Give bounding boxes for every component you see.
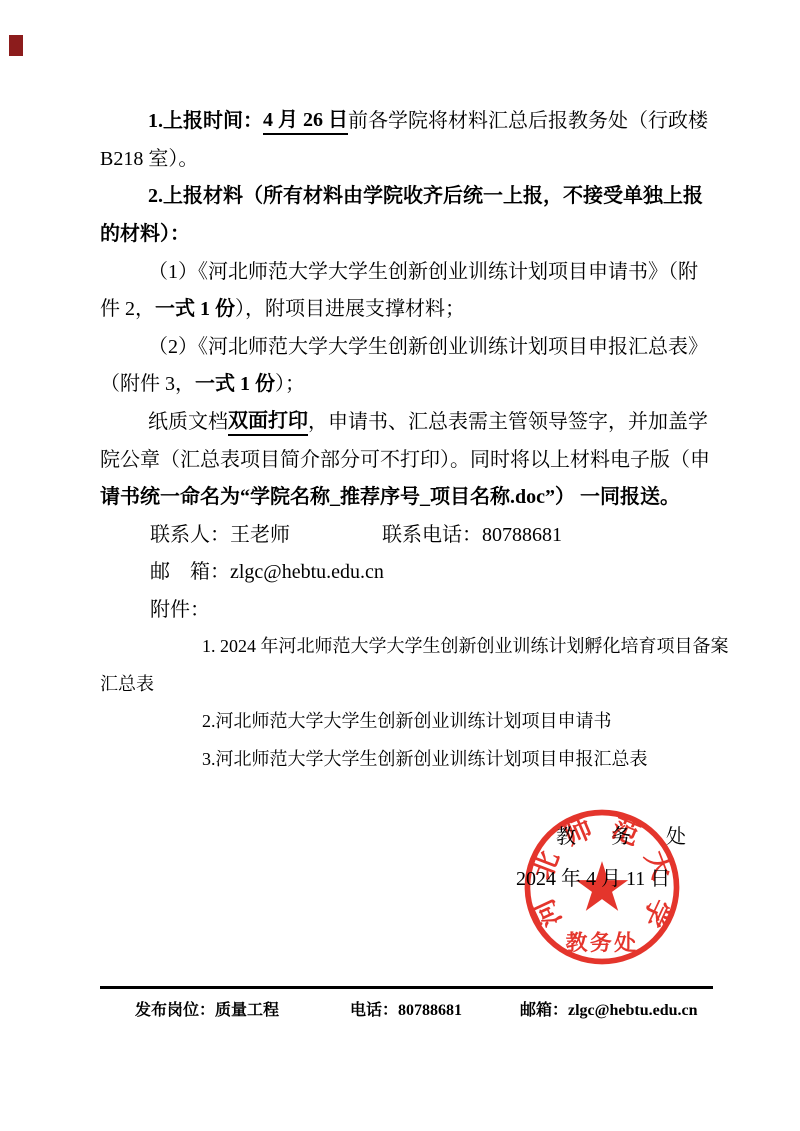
text-segment: （附件 3， — [100, 367, 195, 396]
text-line: 院公章（汇总表项目简介部分可不打印）。同时将以上材料电子版（申 — [100, 438, 715, 476]
footer-publisher: 发布岗位：质量工程 — [135, 997, 279, 1020]
text-segment: 联系人：王老师 — [150, 518, 290, 547]
text-segment: 的材料）： — [100, 217, 190, 246]
seal-office-label: 教务处 — [566, 930, 639, 955]
text-segment: 双面打印 — [228, 404, 308, 436]
text-line: 3.河北师范大学大学生创新创业训练计划项目申报汇总表 — [100, 739, 715, 777]
text-segment: ），附项目进展支撑材料； — [235, 292, 465, 321]
text-line: （附件 3，一式 1 份）； — [100, 363, 715, 401]
text-segment: 4 月 26 日 — [263, 103, 348, 135]
text-segment: 一式 1 份 — [195, 367, 275, 396]
text-line: 附件： — [100, 589, 715, 627]
corner-mark — [9, 35, 23, 56]
seal-char: 河 — [527, 893, 567, 931]
text-segment: 邮 箱：zlgc@hebtu.edu.cn — [150, 555, 384, 584]
text-line: 2.上报材料（所有材料由学院收齐后统一上报，不接受单独上报 — [100, 175, 715, 213]
body-lines: 1.上报时间：4 月 26 日前各学院将材料汇总后报教务处（行政楼B218 室）… — [100, 100, 715, 777]
text-segment: 2.上报材料（所有材料由学院收齐后统一上报，不接受单独上报 — [148, 179, 703, 208]
signature-department: 教 务 处 — [556, 820, 701, 849]
text-segment: B218 室）。 — [100, 142, 198, 171]
text-line: 联系人：王老师联系电话：80788681 — [100, 514, 715, 552]
text-line: 纸质文档双面打印，申请书、汇总表需主管领导签字，并加盖学 — [100, 401, 715, 439]
text-segment: 1.上报时间： — [148, 104, 263, 133]
text-line: （2）《河北师范大学大学生创新创业训练计划项目申报汇总表》 — [100, 326, 715, 364]
text-segment: 院公章（汇总表项目简介部分可不打印）。同时将以上材料电子版（申 — [100, 443, 710, 472]
text-segment: 纸质文档 — [148, 405, 228, 434]
text-segment: ）； — [275, 367, 305, 396]
text-segment: 3.河北师范大学大学生创新创业训练计划项目申报汇总表 — [202, 745, 648, 771]
text-line: 2.河北师范大学大学生创新创业训练计划项目申请书 — [100, 702, 715, 740]
text-segment: （2）《河北师范大学大学生创新创业训练计划项目申报汇总表》 — [148, 330, 708, 359]
text-segment: 请书统一命名为“学院名称_推荐序号_项目名称.doc”） 一同报送。 — [100, 480, 680, 509]
text-segment: 1. 2024 年河北师范大学大学生创新创业训练计划孵化培育项目备案 — [202, 632, 729, 658]
footer-phone: 电话：80788681 — [350, 997, 462, 1020]
text-line: 1. 2024 年河北师范大学大学生创新创业训练计划孵化培育项目备案 — [100, 626, 715, 664]
text-segment: 汇总表 — [100, 670, 154, 696]
text-line: 请书统一命名为“学院名称_推荐序号_项目名称.doc”） 一同报送。 — [100, 476, 715, 514]
text-segment: 联系电话：80788681 — [382, 518, 562, 547]
text-line: （1）《河北师范大学大学生创新创业训练计划项目申请书》（附 — [100, 250, 715, 288]
text-line: B218 室）。 — [100, 138, 715, 176]
text-segment: 件 2， — [100, 292, 155, 321]
text-segment: （1）《河北师范大学大学生创新创业训练计划项目申请书》（附 — [148, 255, 698, 284]
text-segment: 一式 1 份 — [155, 292, 235, 321]
text-segment: 附件： — [150, 593, 210, 622]
text-line: 件 2，一式 1 份），附项目进展支撑材料； — [100, 288, 715, 326]
document-page: 1.上报时间：4 月 26 日前各学院将材料汇总后报教务处（行政楼B218 室）… — [0, 0, 800, 1131]
footer-bar: 发布岗位：质量工程 电话：80788681 邮箱：zlgc@hebtu.edu.… — [100, 986, 713, 1029]
text-segment: ，申请书、汇总表需主管领导签字，并加盖学 — [308, 405, 708, 434]
text-segment: 前各学院将材料汇总后报教务处（行政楼 — [348, 104, 708, 133]
text-line: 汇总表 — [100, 664, 715, 702]
text-line: 邮 箱：zlgc@hebtu.edu.cn — [100, 551, 715, 589]
seal-char: 学 — [637, 894, 677, 932]
text-line: 1.上报时间：4 月 26 日前各学院将材料汇总后报教务处（行政楼 — [100, 100, 715, 138]
signature-date: 2024 年 4 月 11 日 — [516, 862, 670, 891]
text-line: 的材料）： — [100, 213, 715, 251]
footer-email: 邮箱：zlgc@hebtu.edu.cn — [520, 997, 698, 1020]
document-body: 1.上报时间：4 月 26 日前各学院将材料汇总后报教务处（行政楼B218 室）… — [100, 100, 715, 777]
text-segment: 2.河北师范大学大学生创新创业训练计划项目申请书 — [202, 707, 612, 733]
